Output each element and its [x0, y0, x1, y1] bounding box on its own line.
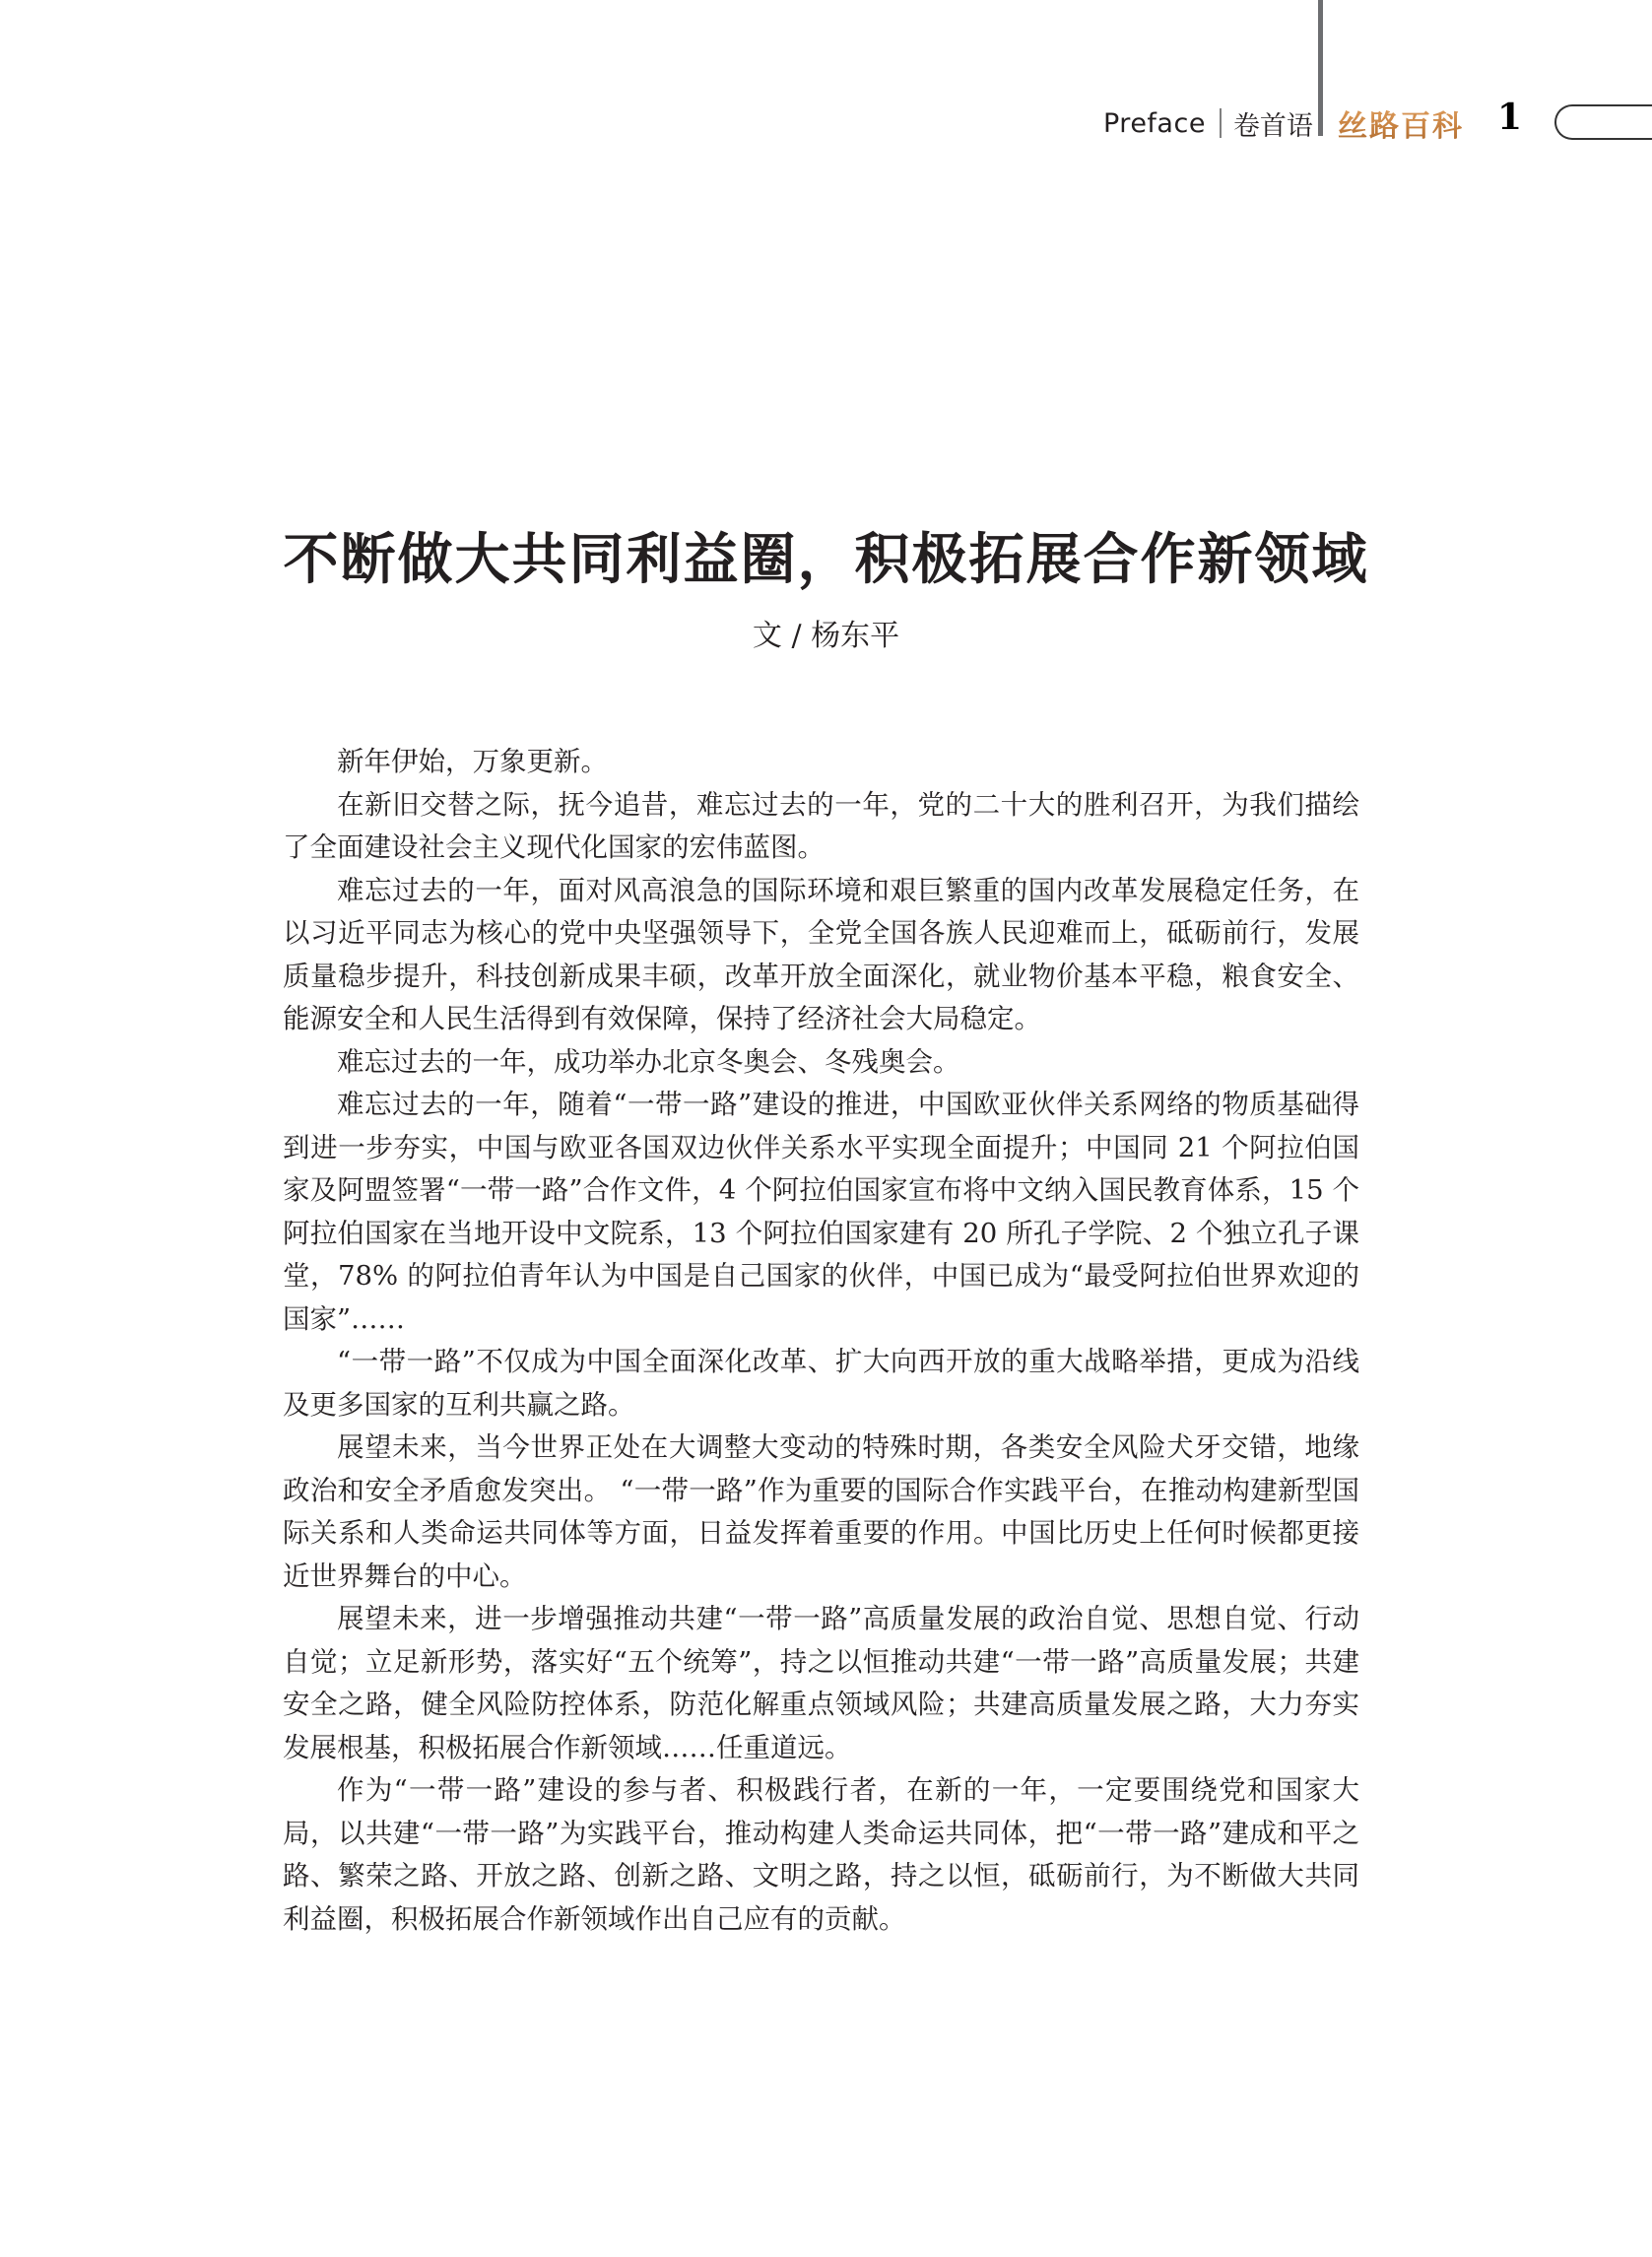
page-tab-decoration	[1554, 104, 1652, 140]
paragraph: 难忘过去的一年，随着“一带一路”建设的推进，中国欧亚伙伴关系网络的物质基础得到进…	[283, 1084, 1359, 1341]
paragraph: 难忘过去的一年，面对风高浪急的国际环境和艰巨繁重的国内改革发展稳定任务，在以习近…	[283, 870, 1359, 1041]
paragraph: “一带一路”不仅成为中国全面深化改革、扩大向西开放的重大战略举措，更成为沿线及更…	[283, 1341, 1359, 1427]
section-label-en: Preface	[1103, 108, 1206, 139]
paragraph: 新年伊始，万象更新。	[283, 741, 1359, 784]
brand-logo: 丝路百科	[1338, 99, 1464, 148]
paragraph: 难忘过去的一年，成功举办北京冬奥会、冬残奥会。	[283, 1041, 1359, 1085]
article-body: 新年伊始，万象更新。 在新旧交替之际，抚今追昔，难忘过去的一年，党的二十大的胜利…	[283, 741, 1359, 1941]
article-byline: 文 / 杨东平	[0, 611, 1652, 654]
running-header: Preface 卷首语	[1103, 99, 1313, 148]
header-separator	[1220, 108, 1222, 138]
header-divider-line	[1318, 0, 1323, 136]
paragraph: 在新旧交替之际，抚今追昔，难忘过去的一年，党的二十大的胜利召开，为我们描绘了全面…	[283, 784, 1359, 870]
paragraph: 展望未来，当今世界正处在大调整大变动的特殊时期，各类安全风险犬牙交错，地缘政治和…	[283, 1427, 1359, 1598]
article-title: 不断做大共同利益圈，积极拓展合作新领域	[0, 516, 1652, 595]
paragraph: 作为“一带一路”建设的参与者、积极践行者，在新的一年，一定要围绕党和国家大局，以…	[283, 1769, 1359, 1941]
page-number: 1	[1497, 97, 1522, 138]
paragraph: 展望未来，进一步增强推动共建“一带一路”高质量发展的政治自觉、思想自觉、行动自觉…	[283, 1598, 1359, 1769]
section-label-cn: 卷首语	[1233, 104, 1313, 143]
